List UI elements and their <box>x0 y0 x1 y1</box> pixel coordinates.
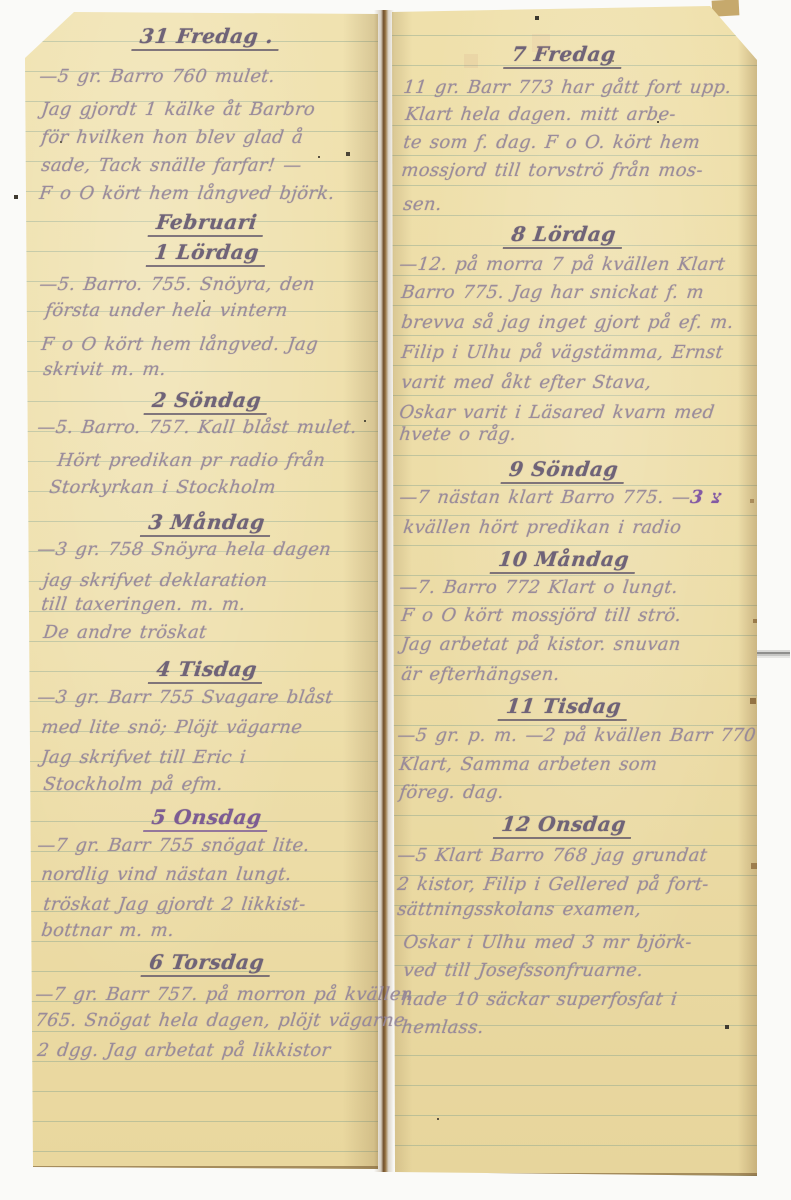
day-heading: 1 Lördag <box>146 240 268 267</box>
diary-line: Jag arbetat på kistor. snuvan <box>400 634 682 656</box>
diary-line: 2 dgg. Jag arbetat på likkistor <box>36 1040 332 1062</box>
diary-line: sättningsskolans examen, <box>396 899 643 921</box>
day-heading: 10 Måndag <box>490 547 638 574</box>
diary-line: Barro 775. Jag har snickat f. m <box>400 282 705 304</box>
scanner-edge-artifact <box>757 650 790 658</box>
diary-line: 2 kistor, Filip i Gellered på fort- <box>396 874 710 896</box>
diary-line: Klart hela dagen. mitt arbe- <box>404 104 677 126</box>
day-heading: 9 Söndag <box>501 457 627 484</box>
diary-line: Stockholm på efm. <box>42 774 224 796</box>
diary-line: —5 Klart Barro 768 jag grundat <box>396 845 709 867</box>
diary-line: te som f. dag. F o O. kört hem <box>402 132 701 154</box>
diary-line: mossjord till torvströ från mos- <box>400 160 704 182</box>
diary-line: —5 gr. p. m. —2 på kvällen Barr 770 <box>396 725 757 747</box>
diary-line: 765. Snögat hela dagen, plöjt vägarne <box>34 1010 406 1032</box>
month-heading: Februari <box>148 210 266 237</box>
day-heading: 2 Söndag <box>144 388 270 415</box>
day-heading: 7 Fredag <box>503 42 624 69</box>
diary-line: F o O kört mossjörd till strö. <box>400 605 682 627</box>
diary-line: bottnar m. m. <box>40 920 175 942</box>
ink-accent: 3 צ <box>689 487 723 508</box>
day-heading: 31 Fredag . <box>131 24 282 51</box>
day-heading: 12 Onsdag <box>493 812 635 839</box>
diary-line: varit med åkt efter Stava, <box>400 372 653 394</box>
diary-line: Filip i Ulhu på vägstämma, Ernst <box>400 342 724 364</box>
day-heading: 6 Torsdag <box>141 950 273 977</box>
paper-specks <box>0 0 2 2</box>
day-heading: 11 Tisdag <box>498 694 630 721</box>
diary-line: —3 gr. 758 Snöyra hela dagen <box>36 539 332 561</box>
diary-line: tröskat Jag gjordt 2 likkist- <box>42 894 307 916</box>
handwriting-layer: 31 Fredag . —5 gr. Barro 760 mulet. Jag … <box>0 0 791 1200</box>
diary-line: Hört predikan pr radio från <box>56 450 327 472</box>
diary-line: Jag skrifvet till Eric i <box>40 747 247 769</box>
diary-line: nordlig vind nästan lungt. <box>40 864 293 886</box>
diary-line: för hvilken hon blev glad å <box>40 127 304 149</box>
diary-line: F o O kört hem långved björk. <box>38 183 336 205</box>
diary-line: första under hela vintern <box>44 300 289 322</box>
diary-line: —5. Barro. 757. Kall blåst mulet. <box>36 417 358 439</box>
diary-line: ved till Josefssonfruarne. <box>402 960 644 982</box>
day-heading: 5 Onsdag <box>143 805 270 832</box>
diary-line: —5 gr. Barro 760 mulet. <box>38 66 276 88</box>
diary-line: kvällen hört predikan i radio <box>402 517 683 539</box>
diary-line: hvete o råg. <box>398 424 517 446</box>
diary-line: skrivit m. m. <box>42 359 167 381</box>
diary-line: —7 gr. Barr 755 snögat lite. <box>36 835 311 857</box>
diary-line: föreg. dag. <box>398 782 505 804</box>
diary-line: —12. på morra 7 på kvällen Klart <box>398 254 726 276</box>
day-heading: 3 Måndag <box>140 510 274 537</box>
diary-line: —3 gr. Barr 755 Svagare blåst <box>36 687 334 709</box>
diary-line: hemlass. <box>400 1017 485 1039</box>
diary-line: jag skrifvet deklaration <box>42 570 269 592</box>
diary-line: F o O kört hem långved. Jag <box>40 334 319 356</box>
diary-line: Oskar varit i Läsared kvarn med <box>398 402 716 424</box>
day-heading: 4 Tisdag <box>148 657 266 684</box>
diary-line: sade, Tack snälle farfar! — <box>40 155 303 177</box>
diary-line: är efterhängsen. <box>400 664 561 686</box>
diary-line: De andre tröskat <box>42 622 208 644</box>
scanned-diary-spread: 31 Fredag . —5 gr. Barro 760 mulet. Jag … <box>0 0 791 1200</box>
day-heading: 8 Lördag <box>503 222 625 249</box>
diary-line: Oskar i Ulhu med 3 mr björk- <box>402 932 693 954</box>
diary-line: Storkyrkan i Stockholm <box>48 477 277 499</box>
diary-line: —7. Barro 772 Klart o lungt. <box>398 577 679 599</box>
diary-line: Klart, Samma arbeten som <box>398 754 659 776</box>
diary-line: hade 10 säckar superfosfat i <box>400 989 678 1011</box>
diary-line: till taxeringen. m. m. <box>40 594 247 616</box>
diary-line-text: —7 nästan klart Barro 775. — <box>398 487 691 508</box>
diary-line: —7 gr. Barr 757. på morron på kvällen <box>34 984 414 1006</box>
diary-line: med lite snö; Plöjt vägarne <box>40 717 304 739</box>
diary-line: 11 gr. Barr 773 har gått fort upp. <box>402 77 733 99</box>
diary-line: brevva så jag inget gjort på ef. m. <box>400 312 735 334</box>
diary-line: —5. Barro. 755. Snöyra, den <box>38 274 316 296</box>
diary-line: —7 nästan klart Barro 775. —3 צ <box>398 487 723 509</box>
diary-line: Jag gjordt 1 kälke åt Barbro <box>40 99 316 121</box>
diary-line: sen. <box>402 194 443 216</box>
